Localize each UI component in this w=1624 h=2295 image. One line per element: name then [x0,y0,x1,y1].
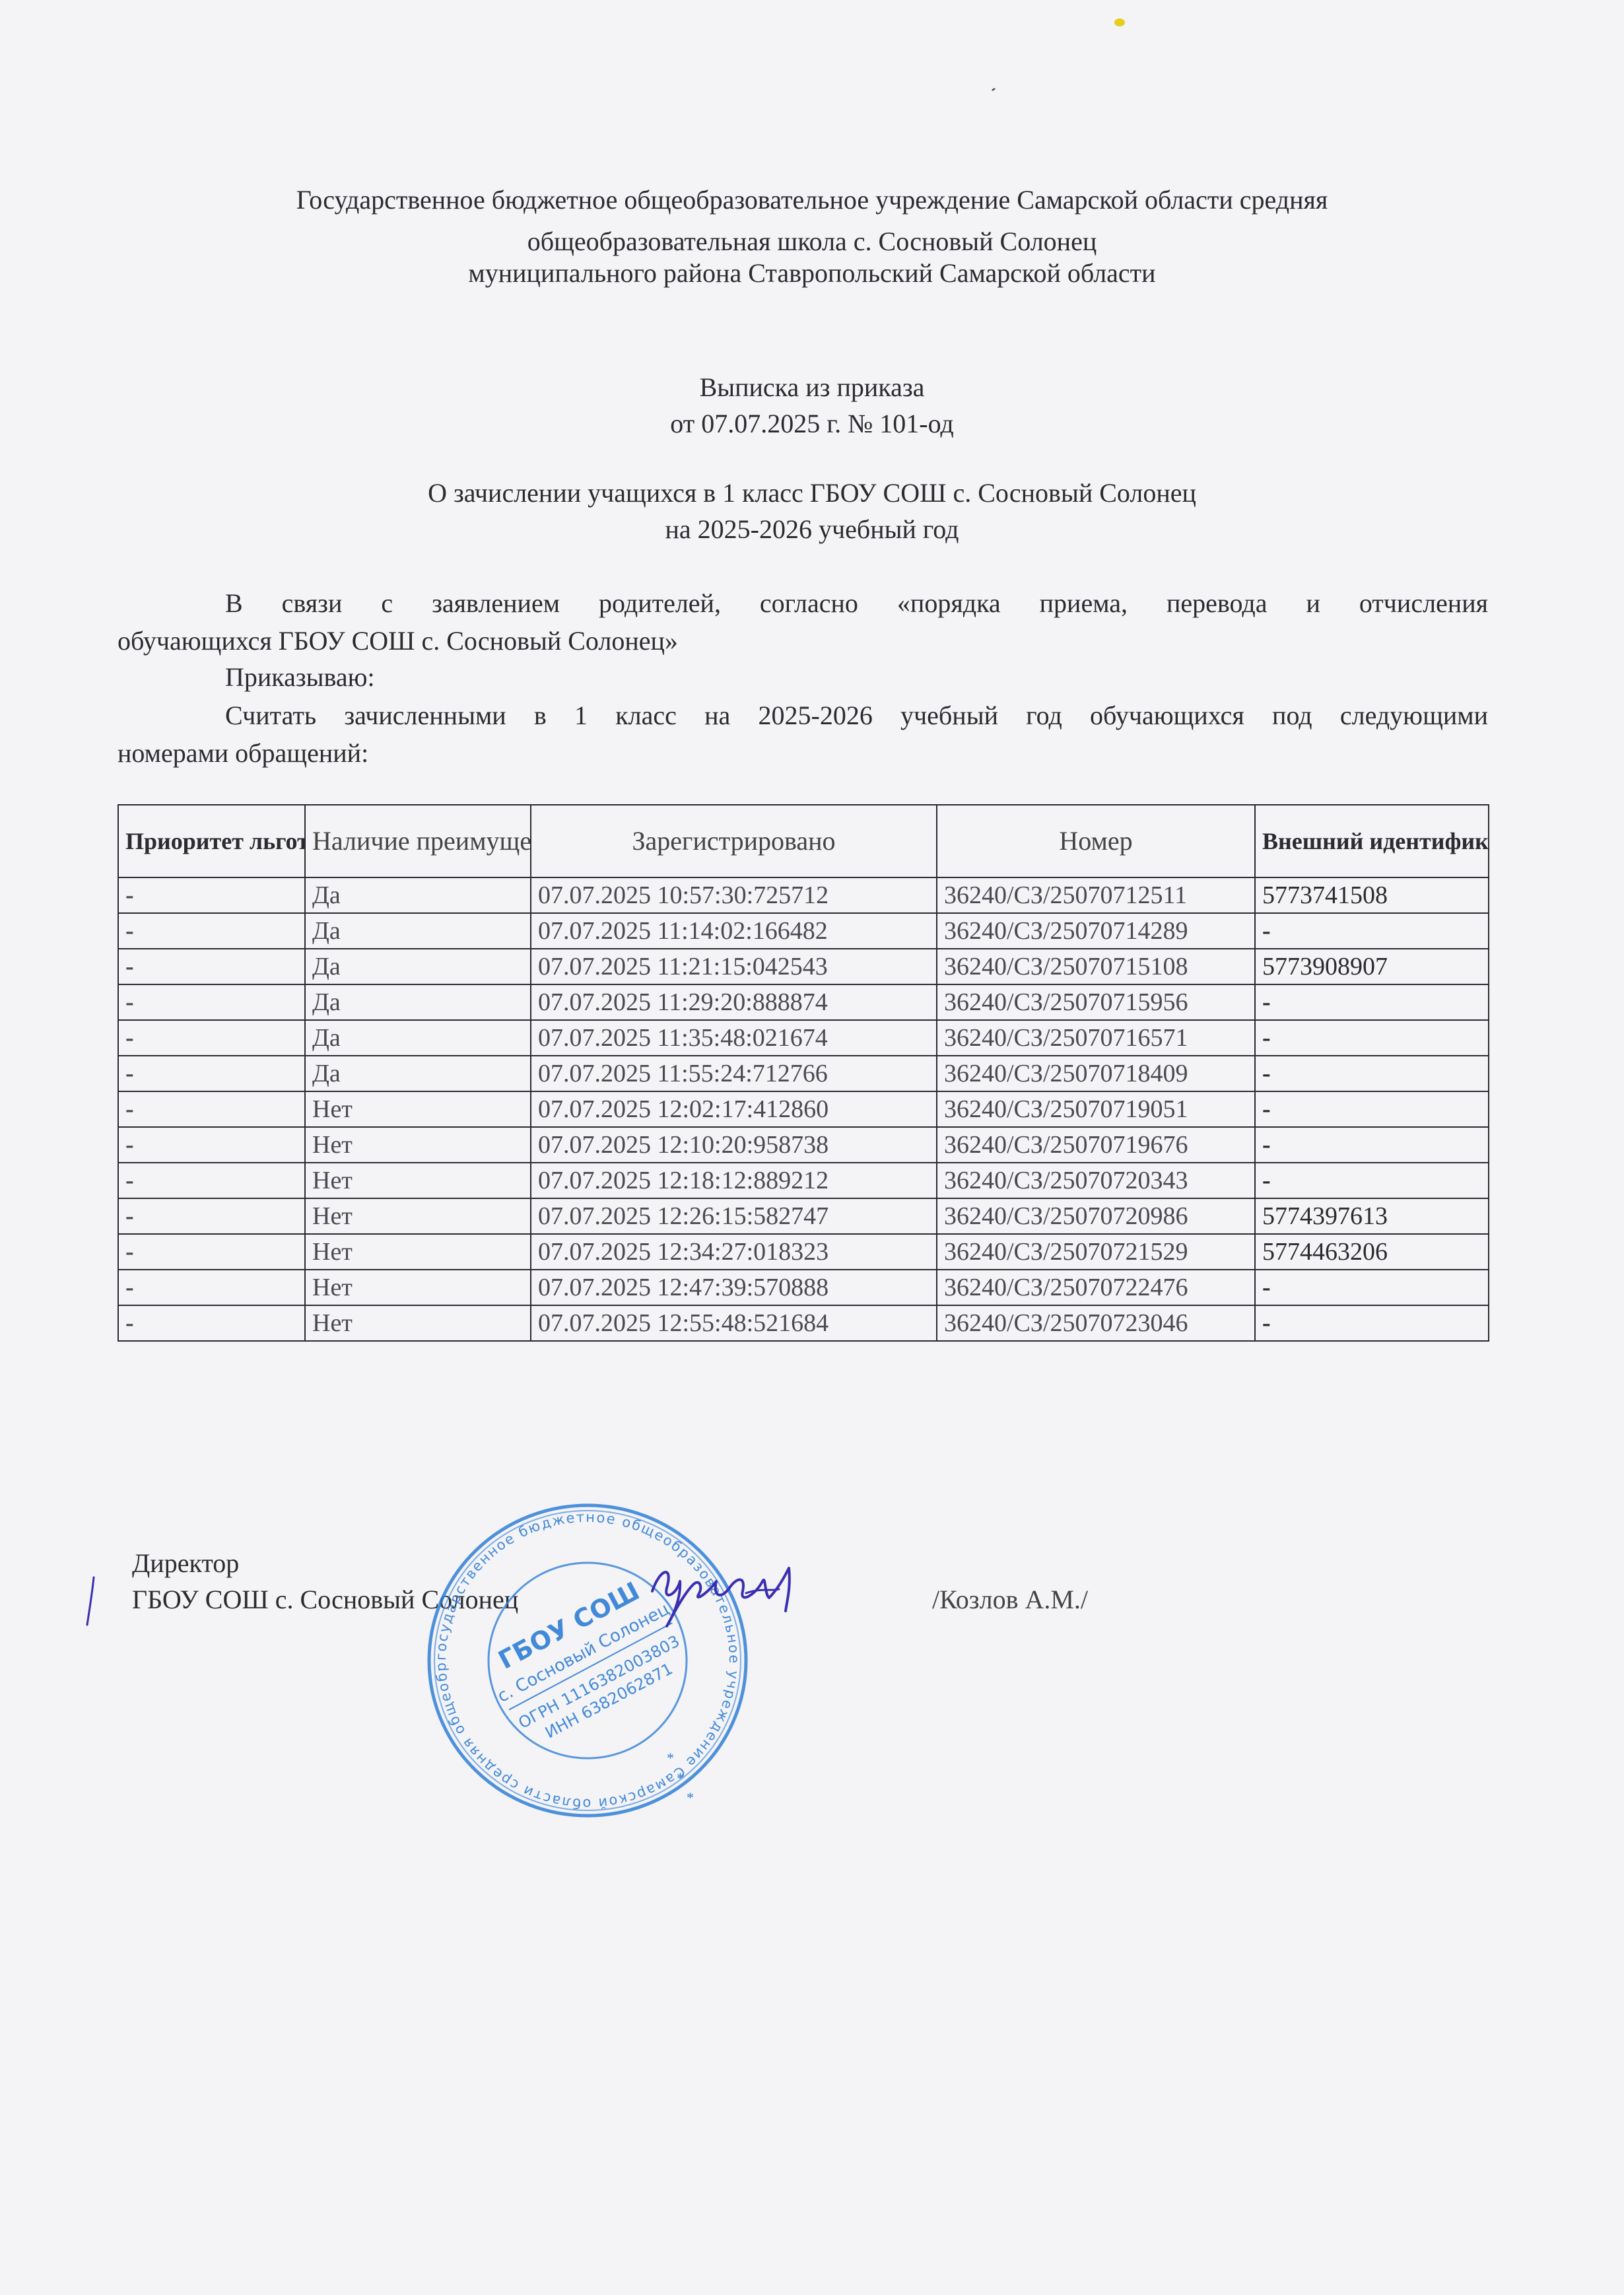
cell-number: 36240/СЗ/25070720986 [937,1198,1255,1234]
paper-speck [992,88,996,92]
order-subject-line-2: на 2025-2026 учебный год [0,516,1624,543]
table-row: -Нет07.07.2025 12:02:17:41286036240/СЗ/2… [118,1091,1489,1127]
enrollment-table: Приоритет льготы Наличие преимущества За… [118,804,1489,1342]
cell-number: 36240/СЗ/25070716571 [937,1020,1255,1056]
table-body: -Да07.07.2025 10:57:30:72571236240/СЗ/25… [118,877,1489,1341]
cell-advantage: Да [305,949,531,984]
cell-external-id: - [1255,1305,1489,1341]
table-row: -Нет07.07.2025 12:47:39:57088836240/СЗ/2… [118,1270,1489,1305]
table-row: -Нет07.07.2025 12:18:12:88921236240/СЗ/2… [118,1163,1489,1198]
cell-priority: - [118,1056,305,1091]
cell-registered: 07.07.2025 11:14:02:166482 [531,913,937,949]
order-date-number: от 07.07.2025 г. № 101-од [0,411,1624,437]
table-header-row: Приоритет льготы Наличие преимущества За… [118,805,1489,877]
body-paragraph-3-line-2: номерами обращений: [118,740,1488,767]
table-row: -Нет07.07.2025 12:34:27:01832336240/СЗ/2… [118,1234,1489,1270]
cell-advantage: Нет [305,1234,531,1270]
table-row: -Да07.07.2025 10:57:30:72571236240/СЗ/25… [118,877,1489,913]
table-row: -Да07.07.2025 11:21:15:04254336240/СЗ/25… [118,949,1489,984]
table-row: -Нет07.07.2025 12:55:48:52168436240/СЗ/2… [118,1305,1489,1341]
body-paragraph-3-line-1: Считать зачисленными в 1 класс на 2025-2… [118,702,1488,729]
cell-priority: - [118,1198,305,1234]
cell-number: 36240/СЗ/25070715956 [937,984,1255,1020]
col-header-priority: Приоритет льготы [118,805,305,877]
svg-text:*: * [667,1750,674,1766]
cell-advantage: Да [305,877,531,913]
cell-external-id: 5774463206 [1255,1234,1489,1270]
cell-number: 36240/СЗ/25070720343 [937,1163,1255,1198]
cell-registered: 07.07.2025 11:55:24:712766 [531,1056,937,1091]
cell-advantage: Нет [305,1091,531,1127]
cell-priority: - [118,1163,305,1198]
cell-advantage: Да [305,984,531,1020]
cell-registered: 07.07.2025 12:02:17:412860 [531,1091,937,1127]
cell-external-id: 5773741508 [1255,877,1489,913]
cell-registered: 07.07.2025 12:18:12:889212 [531,1163,937,1198]
cell-advantage: Да [305,1020,531,1056]
table-row: -Да07.07.2025 11:29:20:88887436240/СЗ/25… [118,984,1489,1020]
cell-registered: 07.07.2025 12:47:39:570888 [531,1270,937,1305]
cell-registered: 07.07.2025 12:26:15:582747 [531,1198,937,1234]
cell-registered: 07.07.2025 12:34:27:018323 [531,1234,937,1270]
cell-priority: - [118,1091,305,1127]
cell-advantage: Нет [305,1198,531,1234]
cell-number: 36240/СЗ/25070721529 [937,1234,1255,1270]
cell-advantage: Да [305,913,531,949]
cell-priority: - [118,1020,305,1056]
col-header-number: Номер [937,805,1255,877]
cell-advantage: Нет [305,1127,531,1163]
cell-priority: - [118,913,305,949]
cell-priority: - [118,1127,305,1163]
order-subject-line-1: О зачислении учащихся в 1 класс ГБОУ СОШ… [0,480,1624,506]
cell-number: 36240/СЗ/25070719051 [937,1091,1255,1127]
cell-registered: 07.07.2025 11:35:48:021674 [531,1020,937,1056]
table-row: -Нет07.07.2025 12:10:20:95873836240/СЗ/2… [118,1127,1489,1163]
table-row: -Нет07.07.2025 12:26:15:58274736240/СЗ/2… [118,1198,1489,1234]
cell-number: 36240/СЗ/25070718409 [937,1056,1255,1091]
cell-registered: 07.07.2025 11:21:15:042543 [531,949,937,984]
cell-priority: - [118,949,305,984]
cell-registered: 07.07.2025 12:55:48:521684 [531,1305,937,1341]
cell-external-id: 5774397613 [1255,1198,1489,1234]
body-paragraph-1-line-1: В связи с заявлением родителей, согласно… [118,590,1488,617]
cell-number: 36240/СЗ/25070722476 [937,1270,1255,1305]
cell-number: 36240/СЗ/25070719676 [937,1127,1255,1163]
cell-number: 36240/СЗ/25070712511 [937,877,1255,913]
cell-registered: 07.07.2025 10:57:30:725712 [531,877,937,913]
pen-mark-icon [85,1575,98,1627]
extract-title: Выписка из приказа [0,374,1624,401]
org-header-line-1: Государственное бюджетное общеобразовате… [0,187,1624,213]
cell-external-id: - [1255,1056,1489,1091]
svg-text:*: * [677,1769,684,1786]
cell-priority: - [118,1234,305,1270]
signatory-name: /Козлов А.М./ [932,1587,1088,1613]
cell-registered: 07.07.2025 11:29:20:888874 [531,984,937,1020]
director-signature-icon [647,1555,819,1627]
order-directive: Приказываю: [225,664,1596,691]
cell-number: 36240/СЗ/25070723046 [937,1305,1255,1341]
cell-advantage: Да [305,1056,531,1091]
cell-priority: - [118,1305,305,1341]
cell-external-id: - [1255,1127,1489,1163]
cell-external-id: - [1255,1020,1489,1056]
cell-external-id: - [1255,1270,1489,1305]
cell-priority: - [118,984,305,1020]
org-header-line-2: общеобразовательная школа с. Сосновый Со… [0,228,1624,255]
col-header-external-id: Внешний идентификатор [1255,805,1489,877]
cell-external-id: - [1255,1163,1489,1198]
cell-priority: - [118,877,305,913]
col-header-registered: Зарегистрировано [531,805,937,877]
cell-external-id: 5773908907 [1255,949,1489,984]
paper-speck [1114,18,1125,26]
cell-advantage: Нет [305,1270,531,1305]
table-row: -Да07.07.2025 11:14:02:16648236240/СЗ/25… [118,913,1489,949]
org-header-line-3: муниципального района Ставропольский Сам… [0,260,1624,287]
col-header-advantage: Наличие преимущества [305,805,531,877]
cell-external-id: - [1255,1091,1489,1127]
svg-text:*: * [687,1789,694,1806]
official-stamp-icon: государственное бюджетное общеобразовате… [423,1499,753,1822]
cell-registered: 07.07.2025 12:10:20:958738 [531,1127,937,1163]
cell-advantage: Нет [305,1163,531,1198]
cell-number: 36240/СЗ/25070714289 [937,913,1255,949]
cell-priority: - [118,1270,305,1305]
cell-external-id: - [1255,913,1489,949]
cell-advantage: Нет [305,1305,531,1341]
table-row: -Да07.07.2025 11:35:48:02167436240/СЗ/25… [118,1020,1489,1056]
cell-external-id: - [1255,984,1489,1020]
signatory-role: Директор [132,1550,239,1577]
cell-number: 36240/СЗ/25070715108 [937,949,1255,984]
body-paragraph-1-line-2: обучающихся ГБОУ СОШ с. Сосновый Солонец… [118,628,1488,654]
table-row: -Да07.07.2025 11:55:24:71276636240/СЗ/25… [118,1056,1489,1091]
